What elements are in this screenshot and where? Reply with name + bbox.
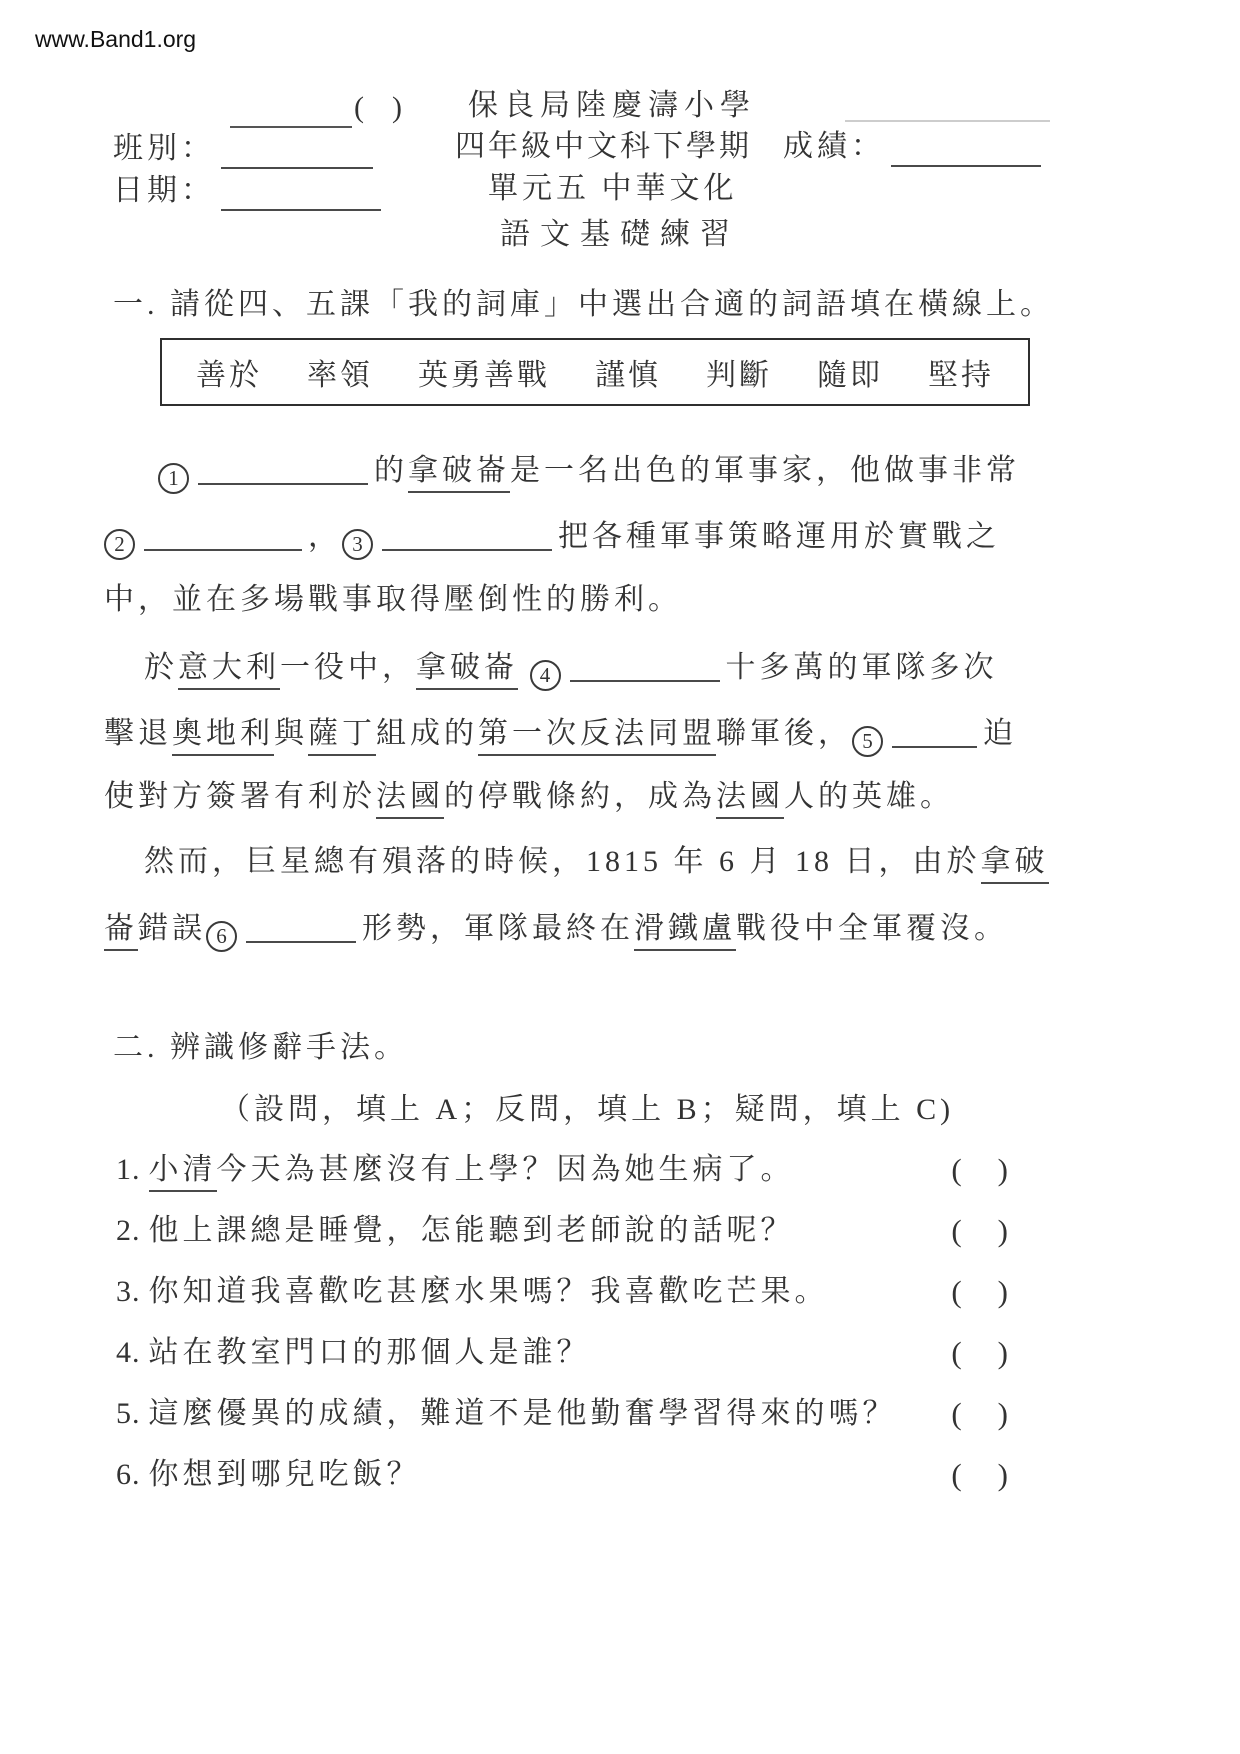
bracket-close: ) — [998, 1272, 1008, 1312]
section1-instruction: 一. 請從四、五課「我的詞庫」中選出合適的詞語填在橫線上。 — [113, 285, 1054, 325]
question-text: 2.他上課總是睡覺，怎能聽到老師說的話呢？ — [116, 1211, 795, 1251]
circled-number: 6 — [206, 921, 237, 952]
bracket-close: ) — [998, 1394, 1008, 1434]
question-list: 1.小清今天為甚麼沒有上學？因為她生病了。 ( ) 2.他上課總是睡覺，怎能聽到… — [116, 1150, 1008, 1516]
bracket-open: ( — [951, 1394, 961, 1434]
class-blank — [221, 133, 373, 169]
paren-close: ) — [392, 88, 402, 128]
word-bank-item: 判斷 — [706, 350, 772, 394]
fill-line-8: 崙錯誤6形勢，軍隊最終在滑鐵盧戰役中全軍覆沒。 — [104, 907, 1008, 952]
question-row: 1.小清今天為甚麼沒有上學？因為她生病了。 ( ) — [116, 1150, 1008, 1190]
underlined-term: 奧地利 — [172, 717, 274, 756]
bracket-open: ( — [951, 1333, 961, 1373]
answer-bracket: ( ) — [951, 1455, 1008, 1495]
question-number: 1. — [116, 1153, 141, 1186]
text-run: 擊退 — [104, 717, 172, 750]
circled-number: 2 — [104, 529, 135, 560]
text-run: 你想到哪兒吃飯？ — [149, 1458, 421, 1491]
circled-number: 5 — [852, 726, 883, 757]
answer-bracket: ( ) — [951, 1394, 1008, 1434]
text-run: 今天為甚麼沒有上學？因為她生病了。 — [217, 1153, 795, 1186]
underlined-term: 拿破崙 — [416, 651, 518, 690]
question-text: 3.你知道我喜歡吃甚麼水果嗎？我喜歡吃芒果。 — [116, 1272, 829, 1312]
question-number: 5. — [116, 1397, 141, 1430]
circled-number: 3 — [342, 529, 373, 560]
circled-number: 4 — [530, 660, 561, 691]
underlined-term: 小清 — [149, 1153, 217, 1192]
question-number: 2. — [116, 1214, 141, 1247]
fill-line-1: 1的拿破崙是一名出色的軍事家，他做事非常 — [158, 449, 1020, 494]
underlined-term: 第一次反法同盟 — [478, 717, 716, 756]
word-bank-item: 善於 — [196, 350, 262, 394]
question-number: 3. — [116, 1275, 141, 1308]
underlined-term: 法國 — [716, 780, 784, 819]
fill-in-blank — [892, 712, 977, 748]
text-run: 使對方簽署有利於 — [104, 780, 376, 813]
text-run: 人的英雄。 — [784, 780, 954, 813]
question-body: 他上課總是睡覺，怎能聽到老師說的話呢？ — [149, 1214, 795, 1247]
watermark-url: www.Band1.org — [35, 26, 196, 53]
fill-line-3: 中，並在多場戰事取得壓倒性的勝利。 — [104, 580, 682, 620]
fill-line-2: 2，3把各種軍事策略運用於實戰之 — [104, 515, 1000, 560]
text-run: 然而，巨星總有殞落的時候，1815 年 6 月 18 日，由於 — [144, 845, 981, 878]
word-bank-item: 隨即 — [817, 350, 883, 394]
score-label: 成績： — [783, 127, 885, 167]
answer-bracket: ( ) — [951, 1333, 1008, 1373]
word-bank-item: 謹慎 — [595, 350, 661, 394]
bracket-close: ) — [998, 1150, 1008, 1190]
text-run: 與 — [274, 717, 308, 750]
question-body: 小清今天為甚麼沒有上學？因為她生病了。 — [149, 1153, 795, 1192]
question-body: 這麼優異的成績，難道不是他勤奮學習得來的嗎？ — [149, 1397, 897, 1430]
question-body: 你想到哪兒吃飯？ — [149, 1458, 421, 1491]
fill-in-blank — [144, 515, 302, 551]
date-field: 日期： — [113, 171, 387, 211]
question-body: 站在教室門口的那個人是誰？ — [149, 1336, 591, 1369]
underlined-term: 薩丁 — [308, 717, 376, 756]
text-run: 站在教室門口的那個人是誰？ — [149, 1336, 591, 1369]
answer-bracket: ( ) — [951, 1211, 1008, 1251]
text-run: 的 — [374, 454, 408, 487]
question-row: 2.他上課總是睡覺，怎能聽到老師說的話呢？ ( ) — [116, 1211, 1008, 1251]
unit-title: 單元五 中華文化 — [488, 169, 738, 209]
answer-bracket: ( ) — [951, 1150, 1008, 1190]
word-bank-item: 英勇善戰 — [418, 350, 550, 394]
date-label: 日期： — [113, 171, 215, 211]
question-row: 4.站在教室門口的那個人是誰？ ( ) — [116, 1333, 1008, 1373]
fill-in-blank — [382, 515, 552, 551]
bracket-close: ) — [998, 1333, 1008, 1373]
class-label: 班別： — [113, 129, 215, 169]
bracket-close: ) — [998, 1211, 1008, 1251]
bracket-open: ( — [951, 1455, 961, 1495]
text-run: 這麼優異的成績，難道不是他勤奮學習得來的嗎？ — [149, 1397, 897, 1430]
text-run: 戰役中全軍覆沒。 — [736, 912, 1008, 945]
text-run: 聯軍後， — [716, 717, 852, 750]
text-run — [518, 651, 530, 684]
text-run: 錯誤 — [138, 912, 206, 945]
question-number: 4. — [116, 1336, 141, 1369]
header-paren-pair: ( ) — [354, 88, 402, 128]
underlined-term: 拿破崙 — [408, 454, 510, 493]
question-row: 6.你想到哪兒吃飯？ ( ) — [116, 1455, 1008, 1495]
section2-rubric: （設問，填上 A；反問，填上 B；疑問，填上 C) — [220, 1090, 954, 1130]
underlined-term: 崙 — [104, 912, 138, 951]
word-bank-box: 善於率領英勇善戰謹慎判斷隨即堅持 — [160, 338, 1030, 406]
question-row: 3.你知道我喜歡吃甚麼水果嗎？我喜歡吃芒果。 ( ) — [116, 1272, 1008, 1312]
fill-line-4: 於意大利一役中，拿破崙 4十多萬的軍隊多次 — [144, 646, 998, 691]
question-text: 1.小清今天為甚麼沒有上學？因為她生病了。 — [116, 1150, 795, 1190]
answer-bracket: ( ) — [951, 1272, 1008, 1312]
score-blank — [891, 131, 1041, 167]
text-run: 把各種軍事策略運用於實戰之 — [558, 520, 1000, 553]
text-run: 迫 — [983, 717, 1017, 750]
question-body: 你知道我喜歡吃甚麼水果嗎？我喜歡吃芒果。 — [149, 1275, 829, 1308]
text-run: ， — [308, 520, 342, 553]
header-blank-line — [230, 98, 352, 128]
section2-heading: 二. 辨識修辭手法。 — [113, 1028, 408, 1068]
bracket-open: ( — [951, 1150, 961, 1190]
fill-in-blank — [570, 646, 720, 682]
scanned-worksheet-page: www.Band1.org ( ) 保良局陸慶濤小學 班別： 四年級中文科下學期… — [0, 0, 1240, 1754]
question-row: 5.這麼優異的成績，難道不是他勤奮學習得來的嗎？ ( ) — [116, 1394, 1008, 1434]
question-number: 6. — [116, 1458, 141, 1491]
bracket-open: ( — [951, 1211, 961, 1251]
class-field: 班別： — [113, 129, 379, 169]
underlined-term: 法國 — [376, 780, 444, 819]
underlined-term: 滑鐵盧 — [634, 912, 736, 951]
date-blank — [221, 175, 381, 211]
question-text: 5.這麼優異的成績，難道不是他勤奮學習得來的嗎？ — [116, 1394, 897, 1434]
bracket-close: ) — [998, 1455, 1008, 1495]
text-run: 的停戰條約，成為 — [444, 780, 716, 813]
worksheet-subtitle: 語文基礎練習 — [0, 215, 1240, 255]
faint-scan-line — [845, 92, 1050, 122]
paren-open: ( — [354, 88, 364, 128]
fill-in-blank — [198, 449, 368, 485]
school-name: 保良局陸慶濤小學 — [468, 86, 756, 126]
text-run: 是一名出色的軍事家，他做事非常 — [510, 454, 1020, 487]
fill-in-blank — [246, 907, 356, 943]
text-run: 他上課總是睡覺，怎能聽到老師說的話呢？ — [149, 1214, 795, 1247]
question-text: 6.你想到哪兒吃飯？ — [116, 1455, 421, 1495]
word-bank-item: 率領 — [307, 350, 373, 394]
fill-line-5: 擊退奧地利與薩丁組成的第一次反法同盟聯軍後，5迫 — [104, 712, 1017, 757]
fill-line-7: 然而，巨星總有殞落的時候，1815 年 6 月 18 日，由於拿破 — [144, 842, 1049, 882]
course-title: 四年級中文科下學期 — [455, 127, 752, 167]
fill-line-6: 使對方簽署有利於法國的停戰條約，成為法國人的英雄。 — [104, 777, 954, 817]
text-run: 十多萬的軍隊多次 — [726, 651, 998, 684]
text-run: 形勢，軍隊最終在 — [362, 912, 634, 945]
question-text: 4.站在教室門口的那個人是誰？ — [116, 1333, 591, 1373]
underlined-term: 拿破 — [981, 845, 1049, 884]
word-bank-item: 堅持 — [928, 350, 994, 394]
text-run: 組成的 — [376, 717, 478, 750]
text-run: 一役中， — [280, 651, 416, 684]
bracket-open: ( — [951, 1272, 961, 1312]
circled-number: 1 — [158, 463, 189, 494]
text-run: 於 — [144, 651, 178, 684]
score-field: 成績： — [783, 127, 1047, 167]
text-run: 中，並在多場戰事取得壓倒性的勝利。 — [104, 583, 682, 616]
underlined-term: 意大利 — [178, 651, 280, 690]
text-run: 你知道我喜歡吃甚麼水果嗎？我喜歡吃芒果。 — [149, 1275, 829, 1308]
